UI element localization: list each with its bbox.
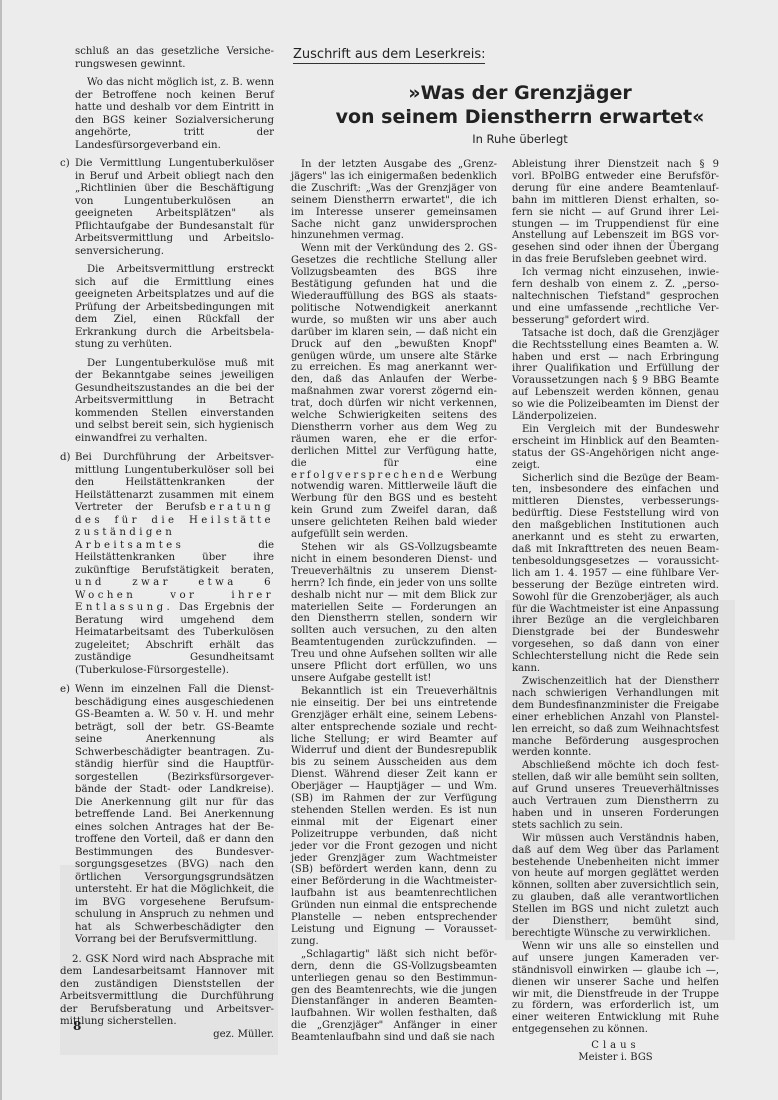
paragraph: Stehen wir als GS-Vollzugsbeamte nicht i… [291, 542, 497, 685]
paragraph: „Schlagartig" läßt sich nicht beför­dern… [291, 949, 497, 1044]
list-item-d: d) Bei Durchführung der Arbeitsver­mittl… [75, 452, 274, 677]
title-line-2: von seinem Dienstherrn erwartet« [290, 105, 750, 129]
list-marker: e) [60, 684, 70, 697]
title-line-1: »Was der Grenzjäger [290, 81, 750, 105]
paragraph: Wir müssen auch Verständnis haben, daß a… [512, 833, 719, 940]
paragraph: Bekanntlich ist ein Treueverhältnis nie … [291, 686, 497, 948]
paragraph: Wenn wir uns alle so einstellen und auf … [512, 941, 719, 1036]
list-marker: c) [60, 158, 70, 171]
list-marker: d) [60, 452, 71, 465]
page-edge [0, 0, 2, 1100]
paragraph: Wo das nicht möglich ist, z. B. wenn der… [75, 77, 274, 152]
article-column-2: Ableistung ihrer Dienstzeit nach § 9 vor… [512, 159, 719, 1064]
paragraph: Tatsache ist doch, daß die Grenz­jäger d… [512, 328, 719, 423]
paragraph: In der letzten Ausgabe des „Grenz­jägers… [291, 159, 497, 242]
spaced-emphasis: erfolgversprechende [291, 470, 446, 481]
paragraph: Sicherlich sind die Bezüge der Beam­ten,… [512, 473, 719, 675]
paragraph: Abschließend möchte ich doch fest­stelle… [512, 760, 719, 831]
text-run: Wenn mit der Verkündung des 2. GS-Gesetz… [291, 243, 497, 468]
paragraph: Wenn mit der Verkündung des 2. GS-Gesetz… [291, 243, 497, 541]
list-item-c: c) Die Vermittlung Lungentuberkulö­ser i… [75, 158, 274, 445]
paragraph-point-2: 2. GSK Nord wird nach Absprache mit dem … [60, 954, 274, 1029]
paragraph: Ableistung ihrer Dienstzeit nach § 9 vor… [512, 159, 719, 266]
article-kicker: Zuschrift aus dem Leserkreis: [293, 47, 485, 64]
page-number: 8 [73, 1019, 81, 1033]
paragraph: Ein Vergleich mit der Bundeswehr erschei… [512, 424, 719, 472]
paragraph: Bei Durchführung der Arbeitsver­mittlung… [75, 452, 274, 677]
paragraph: schluß an das gesetzliche Versiche­rungs… [75, 46, 274, 71]
author-name: Claus [512, 1040, 719, 1052]
text-run: Das Ergebnis der Beratung wird um­gehend… [75, 602, 274, 676]
article-subtitle: In Ruhe überlegt [290, 132, 750, 146]
author-rank: Meister i. BGS [512, 1052, 719, 1064]
paragraph: Der Lungentuberkulöse muß mit der Bekann… [75, 358, 274, 446]
list-item-e: e) Wenn im einzelnen Fall die Dienst­bes… [75, 684, 274, 947]
article-column-1: In der letzten Ausgabe des „Grenz­jägers… [291, 159, 497, 1045]
paragraph: Die Arbeitsvermittlung erstreckt sich au… [75, 264, 274, 352]
left-column: schluß an das gesetzliche Versiche­rungs… [75, 46, 274, 1041]
article-title: »Was der Grenzjäger von seinem Diensther… [290, 81, 750, 129]
paragraph: Zwischenzeitlich hat der Dienstherr nach… [512, 676, 719, 759]
paragraph: Wenn im einzelnen Fall die Dienst­beschä… [75, 684, 274, 947]
paragraph: Die Vermittlung Lungentuberkulö­ser in B… [75, 158, 274, 258]
signature-mueller: gez. Müller. [75, 1029, 274, 1042]
paragraph: Ich vermag nicht einzusehen, inwie­fern … [512, 267, 719, 327]
